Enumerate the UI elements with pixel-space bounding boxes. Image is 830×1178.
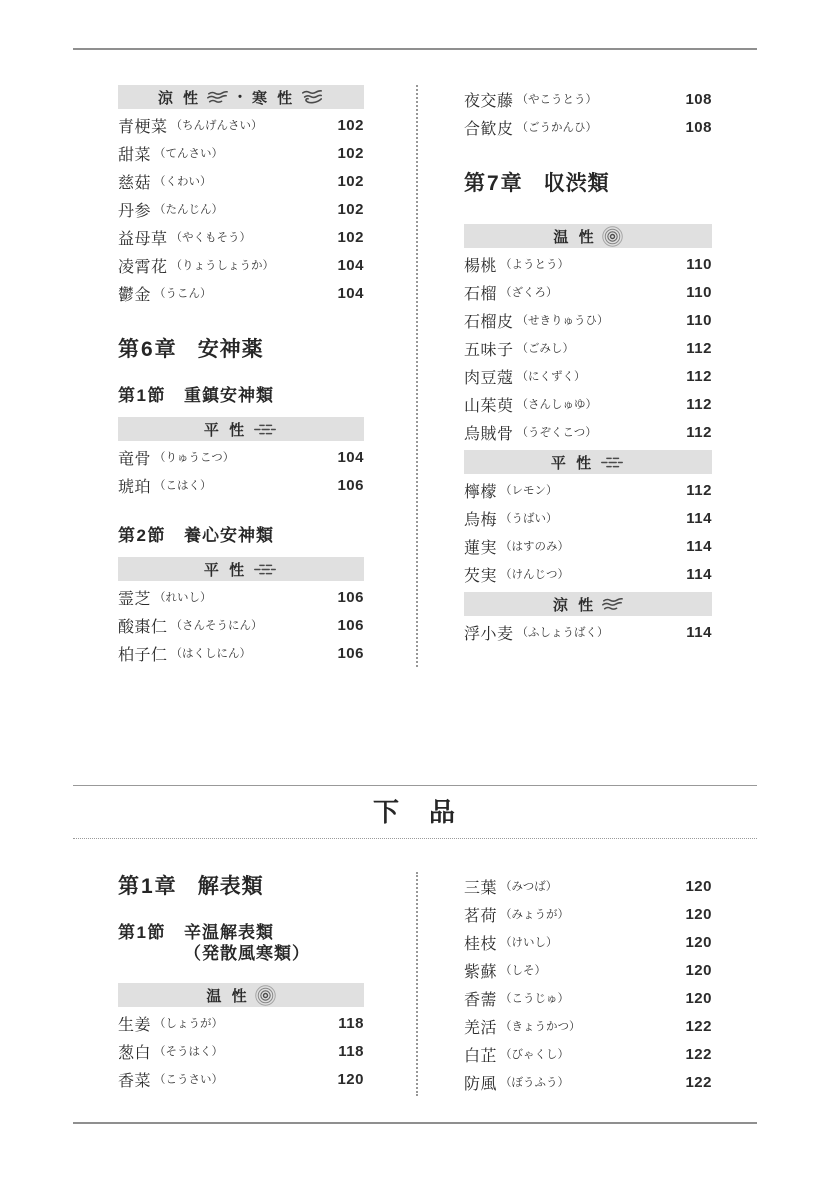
entry-page-number: 102: [337, 117, 364, 134]
entry-reading: （れいし）: [154, 589, 212, 605]
chapter-title: 収渋類: [544, 171, 610, 197]
entry-reading: （きょうかつ）: [500, 1018, 581, 1034]
entry-reading: （やくもそう）: [171, 229, 252, 245]
chapter-heading: 第6章安神薬: [118, 337, 364, 363]
property-label: 平 性: [204, 559, 247, 580]
toc-entry: 青梗菜（ちんげんさい）102: [118, 111, 364, 139]
bottom-rule: [73, 1122, 757, 1124]
entry-reading: （ようとう）: [500, 256, 569, 272]
entry-name: 香薷: [464, 987, 497, 1010]
entry-reading: （けんじつ）: [500, 566, 569, 582]
entry-page-number: 120: [685, 878, 712, 895]
entry-reading: （たんじん）: [154, 201, 223, 217]
entry-reading: （みつば）: [500, 878, 557, 894]
section-heading: 第1節辛温解表類（発散風寒類）: [118, 922, 364, 964]
entry-page-number: 106: [337, 589, 364, 606]
entry-page-number: 122: [685, 1018, 712, 1035]
entry-reading: （さんしゅゆ）: [517, 396, 598, 412]
warm-rings-icon: [602, 226, 623, 247]
entry-page-number: 118: [338, 1043, 364, 1060]
toc-entry: 桂枝（けいし）120: [464, 928, 712, 956]
property-bar: 温 性: [464, 224, 712, 248]
entry-reading: （ちんげんさい）: [171, 117, 263, 133]
entry-reading: （りょうしょうか）: [171, 257, 275, 273]
entry-name: 楊桃: [464, 253, 497, 276]
entry-reading: （うばい）: [500, 510, 558, 526]
entry-reading: （うこん）: [154, 285, 212, 301]
property-separator: ・: [233, 87, 247, 107]
property-bar: 温 性: [118, 983, 364, 1007]
property-label: 温 性: [206, 985, 249, 1006]
entry-page-number: 112: [686, 482, 712, 499]
toc-entry: 白芷（びゃくし）122: [464, 1040, 712, 1068]
entry-name: 山茱萸: [464, 393, 514, 416]
entry-page-number: 114: [686, 510, 712, 527]
entry-name: 葱白: [118, 1040, 151, 1063]
entry-reading: （さんそうにん）: [171, 617, 263, 633]
entry-page-number: 114: [686, 624, 712, 641]
entry-reading: （にくずく）: [517, 368, 586, 384]
toc-entry: 紫蘇（しそ）120: [464, 956, 712, 984]
entry-page-number: 102: [337, 201, 364, 218]
section-heading: 第2節養心安神類: [118, 525, 364, 546]
entry-page-number: 112: [686, 396, 712, 413]
entry-reading: （こうじゅ）: [500, 990, 569, 1006]
chapter-title: 安神薬: [198, 337, 264, 363]
entry-reading: （はくしにん）: [171, 645, 252, 661]
entry-page-number: 104: [337, 449, 364, 466]
entry-reading: （ごうかんひ）: [517, 119, 598, 135]
entry-page-number: 102: [337, 229, 364, 246]
toc-entry: 石榴（ざくろ）110: [464, 278, 712, 306]
entry-page-number: 102: [337, 145, 364, 162]
toc-entry: 酸棗仁（さんそうにん）106: [118, 611, 364, 639]
entry-name: 桂枝: [464, 931, 497, 954]
entry-page-number: 102: [337, 173, 364, 190]
entry-name: 石榴: [464, 281, 497, 304]
property-label: 寒 性: [252, 87, 295, 108]
entry-page-number: 108: [685, 91, 712, 108]
entry-name: 羌活: [464, 1015, 497, 1038]
toc-entry: 夜交藤（やこうとう）108: [464, 85, 712, 113]
toc-entry: 葱白（そうはく）118: [118, 1037, 364, 1065]
section-title-line: 重鎮安神類: [184, 385, 274, 406]
property-label: 涼 性: [158, 87, 201, 108]
property-label: 涼 性: [553, 594, 596, 615]
toc-entry: 慈菇（くわい）102: [118, 167, 364, 195]
part-title: 下 品: [73, 786, 757, 838]
property-label: 平 性: [551, 452, 594, 473]
toc-entry: 丹参（たんじん）102: [118, 195, 364, 223]
entry-name: 白芷: [464, 1043, 497, 1066]
entry-name: 青梗菜: [118, 114, 168, 137]
toc-entry: 烏賊骨（うぞくこつ）112: [464, 418, 712, 446]
toc-entry: 羌活（きょうかつ）122: [464, 1012, 712, 1040]
section-number: 第1節: [118, 385, 166, 406]
toc-entry: 防風（ぼうふう）122: [464, 1068, 712, 1096]
entry-reading: （せきりゅうひ）: [517, 312, 609, 328]
entry-name: 竜骨: [118, 446, 151, 469]
toc-entry: 蓮実（はすのみ）114: [464, 532, 712, 560]
chapter-number: 第6章: [118, 337, 178, 363]
entry-reading: （はすのみ）: [500, 538, 569, 554]
entry-page-number: 122: [685, 1074, 712, 1091]
entry-name: 三葉: [464, 875, 497, 898]
entry-reading: （ぼうふう）: [500, 1074, 569, 1090]
entry-reading: （けいし）: [500, 934, 558, 950]
entry-page-number: 118: [338, 1015, 364, 1032]
entry-name: 益母草: [118, 226, 168, 249]
entry-reading: （びゃくし）: [500, 1046, 569, 1062]
section-title: 辛温解表類（発散風寒類）: [184, 922, 310, 964]
toc-entry: 合歓皮（ごうかんひ）108: [464, 113, 712, 141]
toc-entry: 鬱金（うこん）104: [118, 279, 364, 307]
toc-entry: 烏梅（うばい）114: [464, 504, 712, 532]
toc-entry: 凌霄花（りょうしょうか）104: [118, 251, 364, 279]
neutral-ripple-icon: [252, 563, 278, 576]
toc-entry: 檸檬（レモン）112: [464, 476, 712, 504]
entry-page-number: 120: [685, 990, 712, 1007]
lower-section: 第1章解表類第1節辛温解表類（発散風寒類）温 性生姜（しょうが）118葱白（そう…: [118, 872, 714, 1096]
entry-name: 琥珀: [118, 474, 151, 497]
lower-right-column: 三葉（みつば）120茗荷（みょうが）120桂枝（けいし）120紫蘇（しそ）120…: [464, 872, 712, 1096]
column-divider: [416, 85, 418, 667]
entry-reading: （くわい）: [154, 173, 212, 189]
entry-name: 烏梅: [464, 507, 497, 530]
toc-entry: 甜菜（てんさい）102: [118, 139, 364, 167]
entry-page-number: 112: [686, 368, 712, 385]
upper-left-column: 涼 性・寒 性青梗菜（ちんげんさい）102甜菜（てんさい）102慈菇（くわい）1…: [118, 85, 364, 667]
toc-entry: 益母草（やくもそう）102: [118, 223, 364, 251]
entry-reading: （レモン）: [500, 482, 558, 498]
toc-page: 涼 性・寒 性青梗菜（ちんげんさい）102甜菜（てんさい）102慈菇（くわい）1…: [0, 0, 830, 1178]
entry-page-number: 122: [685, 1046, 712, 1063]
entry-name: 紫蘇: [464, 959, 497, 982]
entry-name: 酸棗仁: [118, 614, 168, 637]
chapter-number: 第1章: [118, 874, 178, 900]
entry-reading: （てんさい）: [154, 145, 223, 161]
entry-name: 茗荷: [464, 903, 497, 926]
entry-name: 芡実: [464, 563, 497, 586]
toc-entry: 楊桃（ようとう）110: [464, 250, 712, 278]
entry-page-number: 106: [337, 645, 364, 662]
cold-wind-icon: [300, 89, 324, 106]
entry-page-number: 120: [337, 1071, 364, 1088]
entry-page-number: 114: [686, 566, 712, 583]
property-bar: 涼 性: [464, 592, 712, 616]
warm-rings-icon: [255, 985, 276, 1006]
entry-page-number: 104: [337, 285, 364, 302]
cool-waves-icon: [206, 90, 228, 105]
entry-page-number: 112: [686, 340, 712, 357]
entry-name: 五味子: [464, 337, 514, 360]
entry-reading: （ふしょうばく）: [517, 624, 609, 640]
neutral-ripple-icon: [252, 423, 278, 436]
cool-waves-icon: [601, 597, 623, 612]
part-divider-bottom-line: [73, 838, 757, 839]
section-title: 重鎮安神類: [184, 385, 274, 406]
entry-page-number: 104: [337, 257, 364, 274]
property-bar: 平 性: [118, 557, 364, 581]
column-divider: [416, 872, 418, 1096]
chapter-heading: 第7章収渋類: [464, 171, 712, 197]
upper-section: 涼 性・寒 性青梗菜（ちんげんさい）102甜菜（てんさい）102慈菇（くわい）1…: [118, 85, 714, 667]
entry-name: 肉豆蔻: [464, 365, 514, 388]
section-title: 養心安神類: [184, 525, 274, 546]
property-label: 平 性: [204, 419, 247, 440]
toc-entry: 茗荷（みょうが）120: [464, 900, 712, 928]
entry-page-number: 110: [686, 312, 712, 329]
toc-entry: 生姜（しょうが）118: [118, 1009, 364, 1037]
property-bar: 平 性: [118, 417, 364, 441]
entry-name: 烏賊骨: [464, 421, 514, 444]
entry-name: 夜交藤: [464, 88, 514, 111]
entry-reading: （こはく）: [154, 477, 212, 493]
toc-entry: 霊芝（れいし）106: [118, 583, 364, 611]
section-number: 第2節: [118, 525, 166, 546]
entry-name: 合歓皮: [464, 116, 514, 139]
entry-page-number: 110: [686, 256, 712, 273]
lower-left-column: 第1章解表類第1節辛温解表類（発散風寒類）温 性生姜（しょうが）118葱白（そう…: [118, 872, 364, 1096]
entry-reading: （みょうが）: [500, 906, 569, 922]
toc-entry: 琥珀（こはく）106: [118, 471, 364, 499]
section-title-line: （発散風寒類）: [184, 943, 310, 964]
entry-name: 霊芝: [118, 586, 151, 609]
entry-name: 柏子仁: [118, 642, 168, 665]
toc-entry: 竜骨（りゅうこつ）104: [118, 443, 364, 471]
toc-entry: 五味子（ごみし）112: [464, 334, 712, 362]
section-title-line: 養心安神類: [184, 525, 274, 546]
section-title-line: 辛温解表類: [184, 922, 310, 943]
toc-entry: 柏子仁（はくしにん）106: [118, 639, 364, 667]
entry-name: 生姜: [118, 1012, 151, 1035]
entry-name: 防風: [464, 1071, 497, 1094]
entry-reading: （りゅうこつ）: [154, 449, 234, 465]
entry-page-number: 106: [337, 477, 364, 494]
entry-name: 丹参: [118, 198, 151, 221]
chapter-number: 第7章: [464, 171, 524, 197]
entry-page-number: 120: [685, 962, 712, 979]
toc-entry: 三葉（みつば）120: [464, 872, 712, 900]
entry-page-number: 110: [686, 284, 712, 301]
toc-entry: 石榴皮（せきりゅうひ）110: [464, 306, 712, 334]
entry-name: 慈菇: [118, 170, 151, 193]
property-bar: 涼 性・寒 性: [118, 85, 364, 109]
entry-page-number: 108: [685, 119, 712, 136]
toc-entry: 肉豆蔻（にくずく）112: [464, 362, 712, 390]
entry-name: 甜菜: [118, 142, 151, 165]
entry-reading: （しょうが）: [154, 1015, 223, 1031]
entry-page-number: 112: [686, 424, 712, 441]
upper-right-column: 夜交藤（やこうとう）108合歓皮（ごうかんひ）108第7章収渋類温 性楊桃（よう…: [464, 85, 712, 667]
entry-name: 鬱金: [118, 282, 151, 305]
entry-name: 凌霄花: [118, 254, 168, 277]
toc-entry: 香菜（こうさい）120: [118, 1065, 364, 1093]
entry-page-number: 120: [685, 934, 712, 951]
section-heading: 第1節重鎮安神類: [118, 385, 364, 406]
neutral-ripple-icon: [599, 456, 625, 469]
entry-reading: （やこうとう）: [517, 91, 598, 107]
entry-name: 浮小麦: [464, 621, 514, 644]
property-label: 温 性: [553, 226, 596, 247]
property-bar: 平 性: [464, 450, 712, 474]
entry-name: 香菜: [118, 1068, 151, 1091]
entry-reading: （こうさい）: [154, 1071, 223, 1087]
toc-entry: 浮小麦（ふしょうばく）114: [464, 618, 712, 646]
entry-name: 石榴皮: [464, 309, 514, 332]
entry-name: 檸檬: [464, 479, 497, 502]
chapter-title: 解表類: [198, 874, 264, 900]
top-rule: [73, 48, 757, 50]
entry-reading: （ざくろ）: [500, 284, 558, 300]
entry-reading: （そうはく）: [154, 1043, 223, 1059]
entry-page-number: 120: [685, 906, 712, 923]
entry-reading: （しそ）: [500, 962, 546, 978]
section-number: 第1節: [118, 922, 166, 943]
chapter-heading: 第1章解表類: [118, 874, 364, 900]
entry-name: 蓮実: [464, 535, 497, 558]
part-divider: 下 品: [73, 785, 757, 839]
entry-reading: （ごみし）: [517, 340, 575, 356]
toc-entry: 香薷（こうじゅ）120: [464, 984, 712, 1012]
entry-page-number: 114: [686, 538, 712, 555]
toc-entry: 芡実（けんじつ）114: [464, 560, 712, 588]
entry-page-number: 106: [337, 617, 364, 634]
entry-reading: （うぞくこつ）: [517, 424, 597, 440]
toc-entry: 山茱萸（さんしゅゆ）112: [464, 390, 712, 418]
